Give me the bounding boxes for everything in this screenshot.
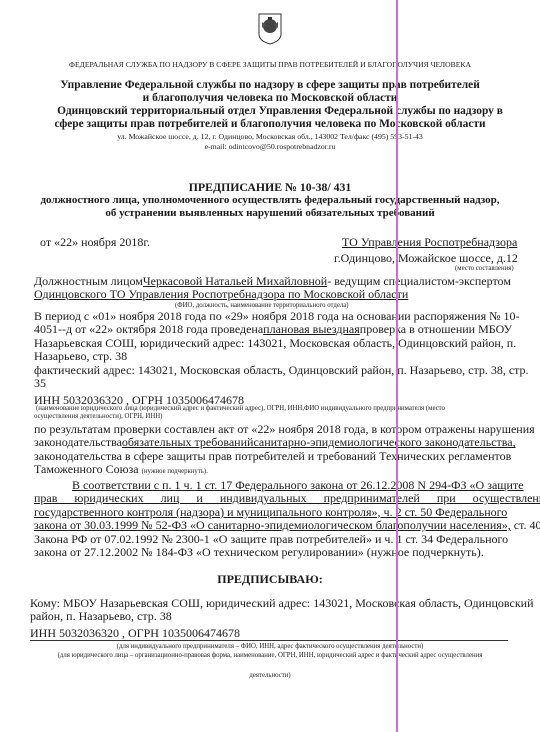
legal-line-3: государственного контроля (надзора) и му…	[34, 506, 504, 519]
findings-line-2: законодательства обязательных требований…	[34, 436, 504, 449]
findings-line-1: по результатам проверки составлен акт от…	[34, 423, 504, 436]
inspection-line-6: 35	[34, 377, 504, 390]
order-heading: ПРЕДПИСЫВАЮ:	[0, 572, 540, 587]
legal-line-1: В соответствии с п. 1 ч. 1 ст. 17 Федера…	[34, 479, 504, 492]
place-line-1: ТО Управления Роспотребнадзора	[342, 236, 517, 249]
federal-service-name: ФЕДЕРАЛЬНАЯ СЛУЖБА ПО НАДЗОРУ В СФЕРЕ ЗА…	[0, 60, 540, 69]
document-subtitle-1: должностного лица, уполномоченного осуще…	[0, 194, 540, 206]
org-line-2: и благополучия человека по Московской об…	[0, 92, 540, 105]
recipient-inn-ogrn: ИНН 5032036320 , ОГРН 1035006474678	[30, 627, 508, 641]
findings-line-4: Таможенного Союза (нужное подчеркнуть).	[34, 463, 504, 476]
inspection-line-1: В период с «01» ноября 2018 года по «29»…	[34, 310, 504, 323]
inspection-line-5: фактический адрес: 143021, Московская об…	[34, 364, 504, 377]
findings-line-3: законодательства в сфере защиты прав пот…	[34, 450, 504, 463]
guide-line	[396, 0, 398, 732]
document-date: от «22» ноября 2018г.	[40, 236, 150, 249]
russian-coat-of-arms-icon	[257, 12, 283, 46]
order-recipient: Кому: МБОУ Назарьевская СОШ, юридический…	[30, 597, 508, 641]
place-line-2: г.Одинцово, Можайское шоссе, д.12	[334, 252, 518, 265]
recipient-caption-3: деятельности)	[0, 672, 540, 680]
legal-line-5: Закона РФ от 07.02.1992 № 2300-1 «О защи…	[34, 533, 504, 546]
inspection-line-3: Назарьевская СОШ, юридический адрес: 143…	[34, 337, 504, 350]
org-email: e-mail: odintcovo@50.rospotrebnadzor.ru	[0, 142, 540, 151]
org-line-3: Одинцовский территориальный отдел Управл…	[20, 105, 540, 118]
legal-basis-paragraph: В соответствии с п. 1 ч. 1 ст. 17 Федера…	[34, 479, 504, 559]
org-line-4: сфере защиты прав потребителей и благопо…	[0, 118, 540, 131]
document-title: ПРЕДПИСАНИЕ № 10-38/ 431	[0, 180, 540, 195]
document-subtitle-2: об устранении выявленных нарушений обяза…	[0, 207, 540, 219]
org-line-1: Управление Федеральной службы по надзору…	[0, 79, 540, 92]
inspection-type: плановая выездная	[263, 323, 360, 336]
org-address: ул. Можайское шоссе, д. 12, г. Одинцово,…	[0, 132, 540, 141]
legal-line-4: закона от 30.03.1999 № 52-ФЗ «О санитарн…	[34, 519, 504, 532]
inspection-caption-1: (наименование юридического лица (юридиче…	[36, 405, 445, 413]
legal-line-6: закона от 27.12.2002 № 184-ФЗ «О техниче…	[34, 546, 504, 559]
recipient-caption-1: (для индивидуального предпринимателя – Ф…	[0, 643, 540, 651]
place-caption: (место составления)	[455, 265, 514, 273]
findings-paragraph: по результатам проверки составлен акт от…	[34, 423, 504, 477]
legal-line-2: прав юридических лиц и индивидуальных пр…	[34, 492, 504, 505]
official-department: Одинцовского ТО Управления Роспотребнадз…	[34, 288, 408, 301]
inspection-caption-2: осуществления деятельности), ОГРН, ИНН)	[34, 413, 162, 421]
recipient-line-2: район, п. Назарьево, стр. 38	[30, 610, 508, 623]
recipient-line-1: Кому: МБОУ Назарьевская СОШ, юридический…	[30, 597, 508, 610]
recipient-caption-2: (для юридического лица – организационно-…	[0, 652, 540, 660]
inspection-paragraph: В период с «01» ноября 2018 года по «29»…	[34, 310, 504, 408]
inspection-line-4: Назарьево, стр. 38	[34, 350, 504, 363]
inspection-line-2: 4051--д от «22» октября 2018 года провед…	[34, 323, 504, 336]
